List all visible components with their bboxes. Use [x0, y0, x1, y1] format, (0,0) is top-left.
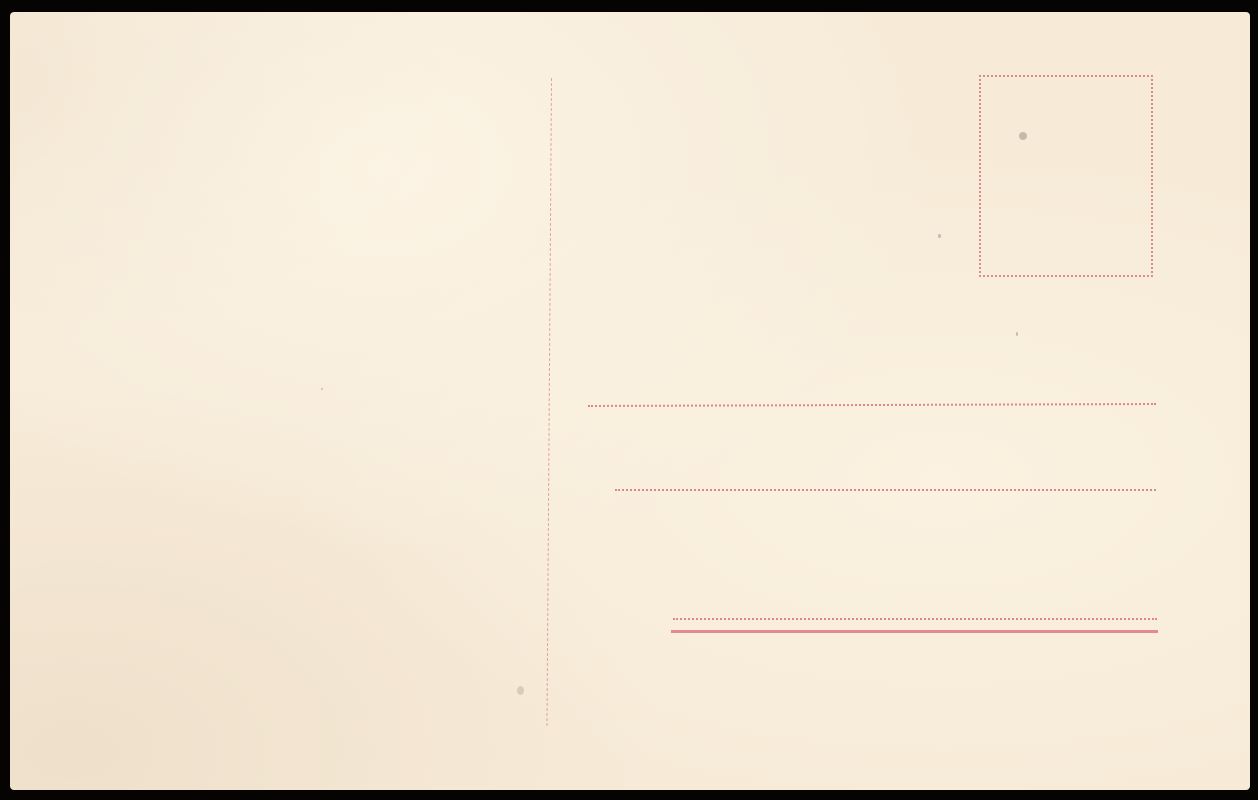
paper-speck: [1016, 332, 1018, 336]
paper-speck: [1019, 132, 1027, 140]
postcard-back: [10, 12, 1250, 790]
address-line-3: [673, 618, 1157, 620]
stamp-box: [979, 75, 1153, 277]
paper-speck: [938, 234, 941, 238]
message-area: [10, 12, 550, 790]
address-line-1: [588, 403, 1156, 407]
paper-speck: [321, 388, 323, 390]
address-underline-solid: [671, 630, 1158, 633]
paper-speck: [517, 686, 524, 695]
address-line-2: [615, 489, 1156, 491]
